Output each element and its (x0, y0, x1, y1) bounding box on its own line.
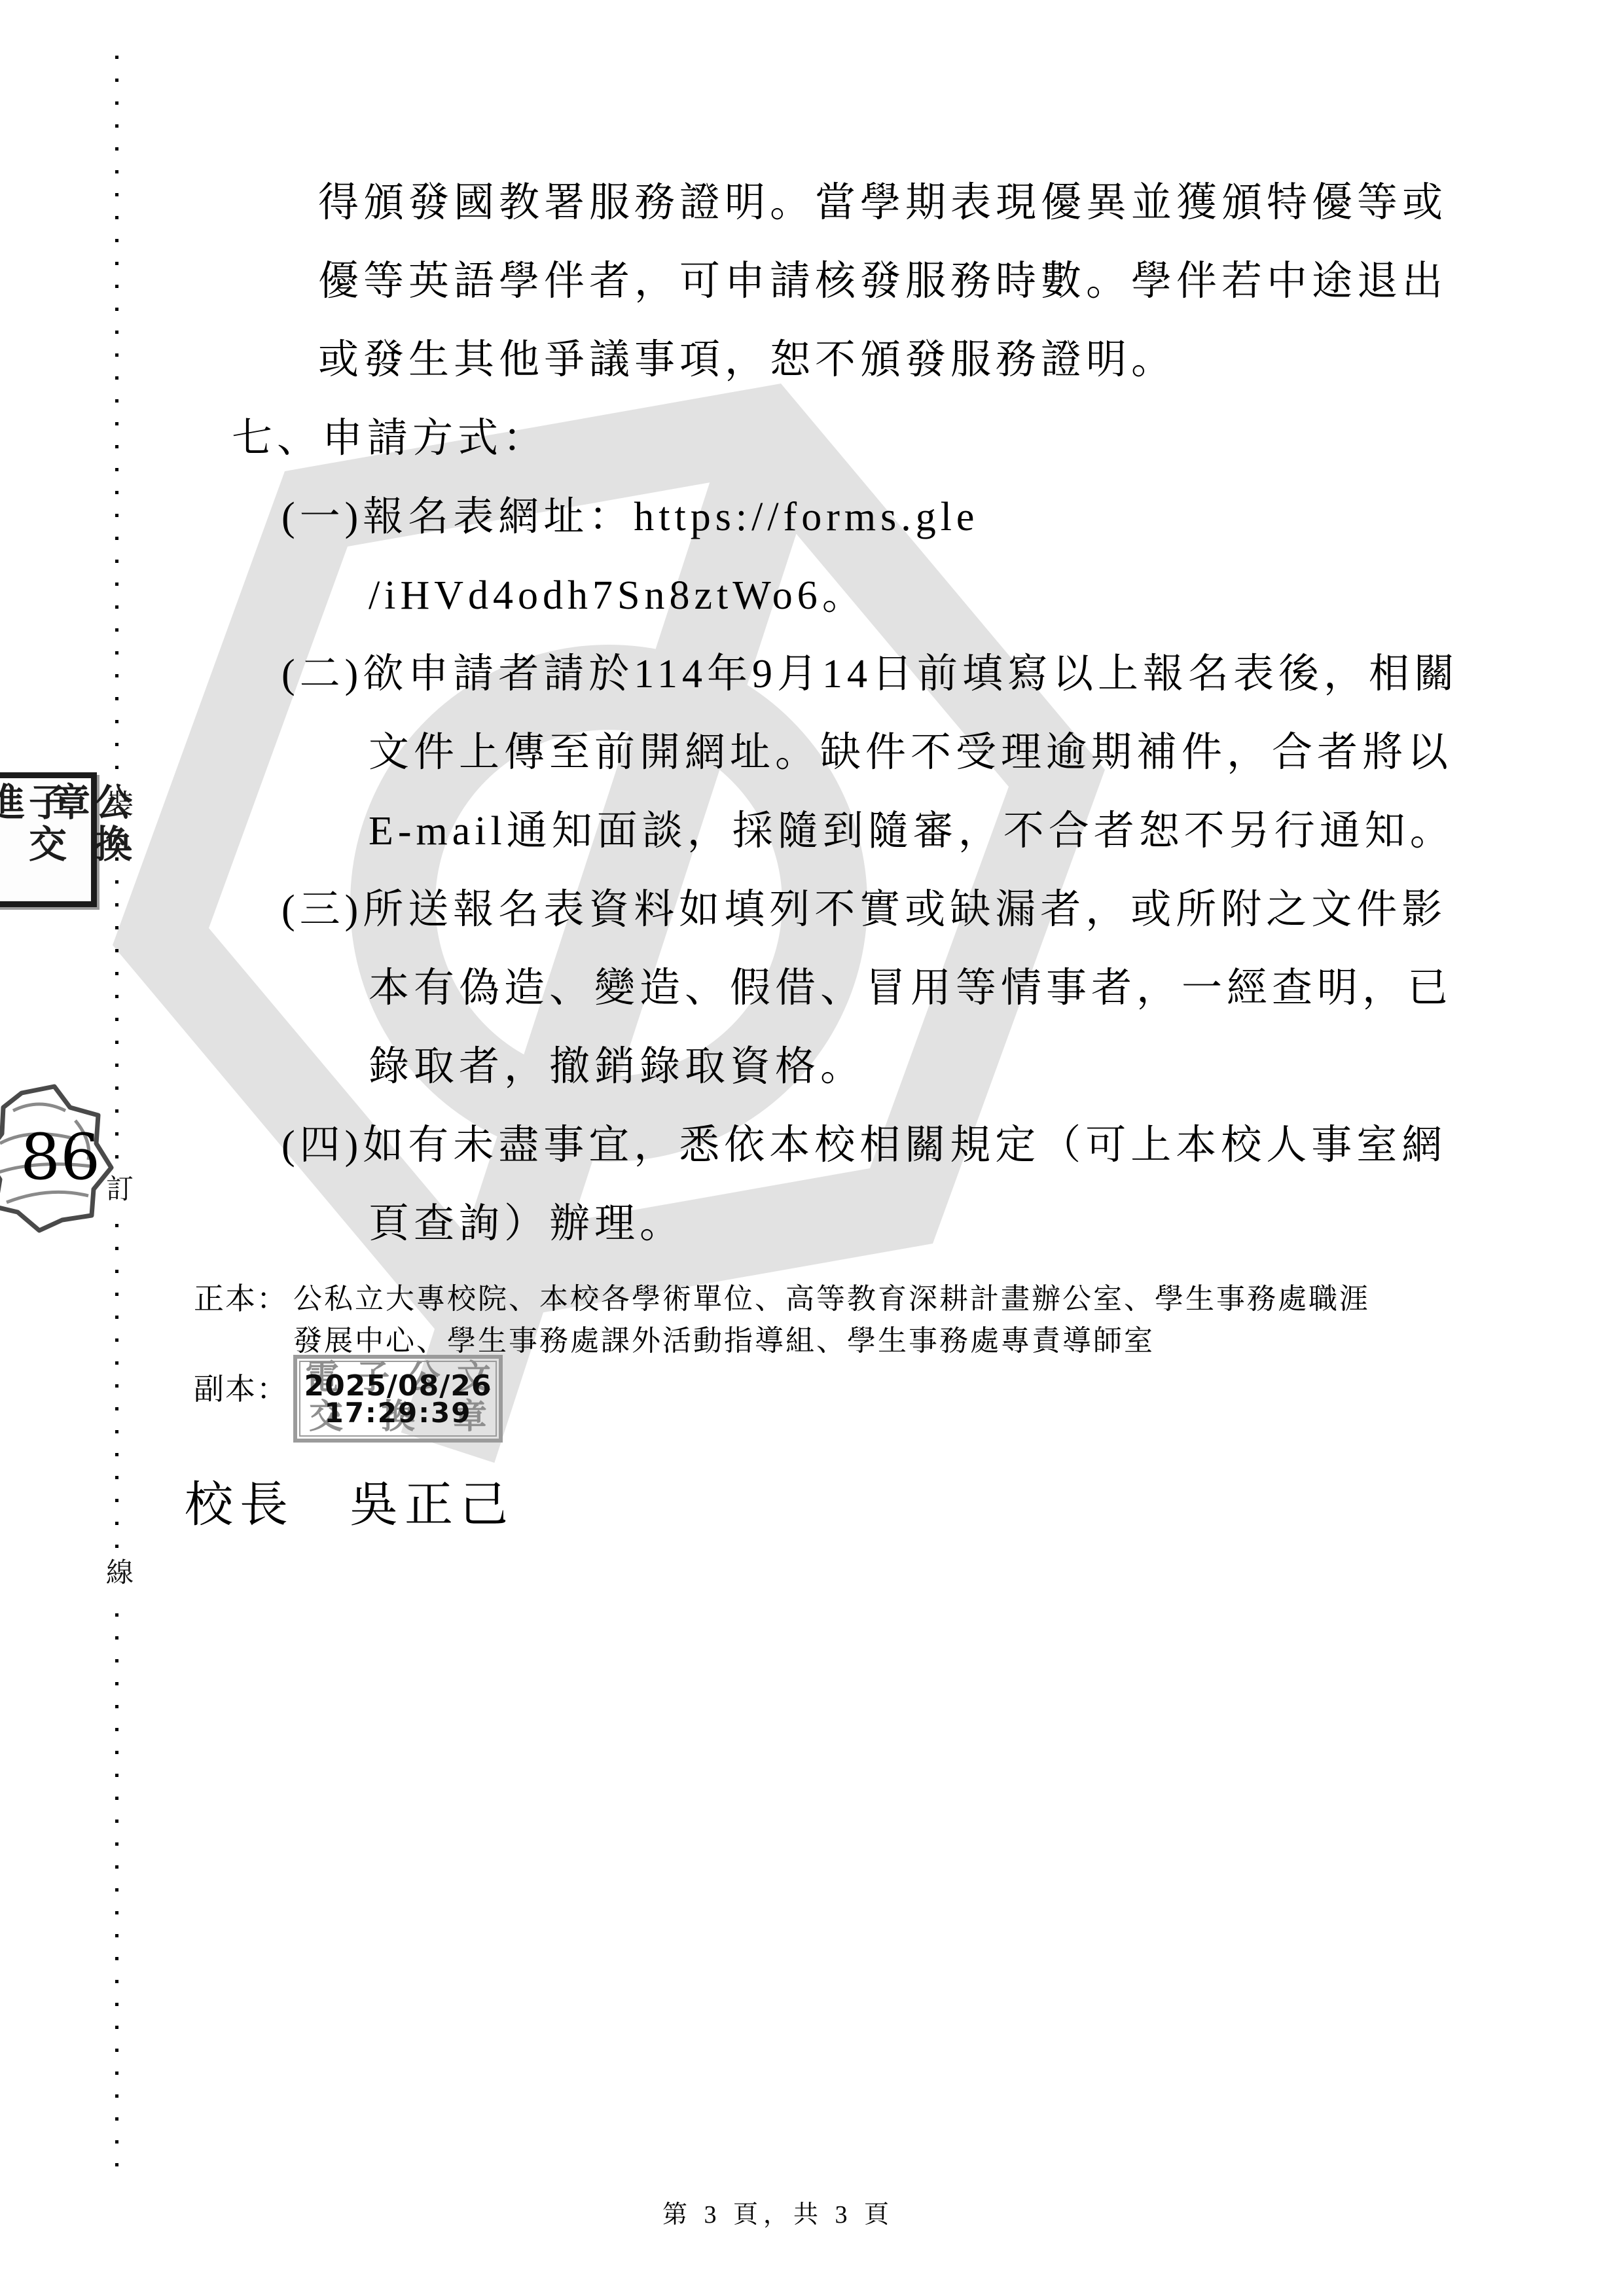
body-line: 頁查詢）辦理。 (0, 1185, 1624, 1263)
body-line: (二)欲申請者請於114年9月14日前填寫以上報名表後，相關 (0, 635, 1624, 713)
page-footer: 第 3 頁，共 3 頁 (662, 2194, 894, 2230)
body-line: 或發生其他爭議事項，恕不頒發服務證明。 (0, 321, 1624, 399)
body-line: (三)所送報名表資料如填列不實或缺漏者，或所附之文件影 (0, 870, 1624, 949)
body-line: 七、申請方式： (0, 399, 1624, 478)
duplicate-copy-label: 副本： (194, 1365, 288, 1408)
body-text: 得頒發國教署服務證明。當學期表現優異並獲頒特優等或優等英語學伴者，可申請核發服務… (0, 164, 1624, 1263)
original-copy-recipients-line1: 公私立大專校院、本校各學術單位、高等教育深耕計畫辦公室、學生事務處職涯 (293, 1275, 1370, 1317)
original-copy-label: 正本： (194, 1275, 288, 1318)
body-line: 優等英語學伴者，可申請核發服務時數。學伴若中途退出 (0, 242, 1624, 321)
binding-char-xian: 線 (105, 1552, 135, 1594)
body-line: 本有偽造、變造、假借、冒用等情事者，一經查明，已 (0, 949, 1624, 1028)
body-line: 得頒發國教署服務證明。當學期表現優異並獲頒特優等或 (0, 164, 1624, 242)
body-line: E-mail通知面談，採隨到隨審，不合者恕不另行通知。 (0, 792, 1624, 870)
body-line: (一)報名表網址：https://forms.gle (0, 478, 1624, 556)
electronic-exchange-stamp: 電子公文 交換章 2025/08/26 17:29:39 (293, 1355, 503, 1443)
stamp-time: 17:29:39 (297, 1397, 499, 1429)
body-line: (四)如有未盡事宜，悉依本校相關規定（可上本校人事室網 (0, 1106, 1624, 1185)
body-line: 文件上傳至前開網址。缺件不受理逾期補件，合者將以 (0, 713, 1624, 792)
document-page: 裝 訂 線 子交進 公換章 86 得頒發國教署服務證明。當學期表現優異並獲頒特優… (0, 0, 1624, 2296)
president-signature: 校長 吳正己 (185, 1466, 514, 1535)
body-line: /iHVd4odh7Sn8ztWo6。 (0, 556, 1624, 635)
body-line: 錄取者，撤銷錄取資格。 (0, 1028, 1624, 1106)
original-copy-recipients-line2: 發展中心、學生事務處課外活動指導組、學生事務處專責導師室 (293, 1317, 1155, 1359)
